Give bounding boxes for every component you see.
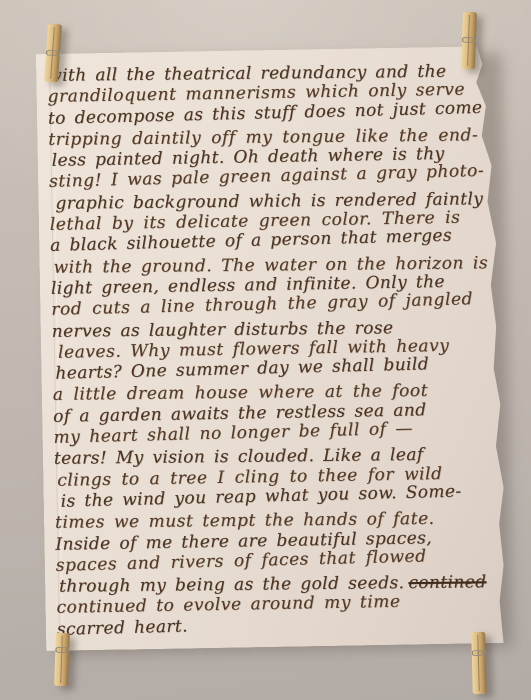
manuscript-line: with the ground. The water on the horizo… bbox=[53, 253, 483, 279]
manuscript-line: nerves as laughter disturbs the rose bbox=[52, 317, 485, 343]
clothespin-bottom-left bbox=[54, 633, 70, 686]
manuscript-line: tripping daintily off my tongue like the… bbox=[48, 125, 481, 151]
manuscript-line-text: through my being as the gold seeds. bbox=[59, 573, 404, 597]
manuscript-line: with all the theatrical redundancy and t… bbox=[47, 61, 480, 87]
handwritten-page: with all the theatrical redundancy and t… bbox=[36, 46, 508, 651]
photo-scene: with all the theatrical redundancy and t… bbox=[0, 0, 531, 700]
paper-wrap: with all the theatrical redundancy and t… bbox=[36, 46, 508, 651]
struck-out-word: contined bbox=[408, 572, 486, 593]
manuscript-line: graphic background which is rendered fai… bbox=[55, 189, 482, 215]
manuscript-text: with all the theatrical redundancy and t… bbox=[36, 46, 494, 651]
clothespin-top-right bbox=[461, 12, 477, 69]
clothespin-bottom-right bbox=[471, 632, 487, 694]
